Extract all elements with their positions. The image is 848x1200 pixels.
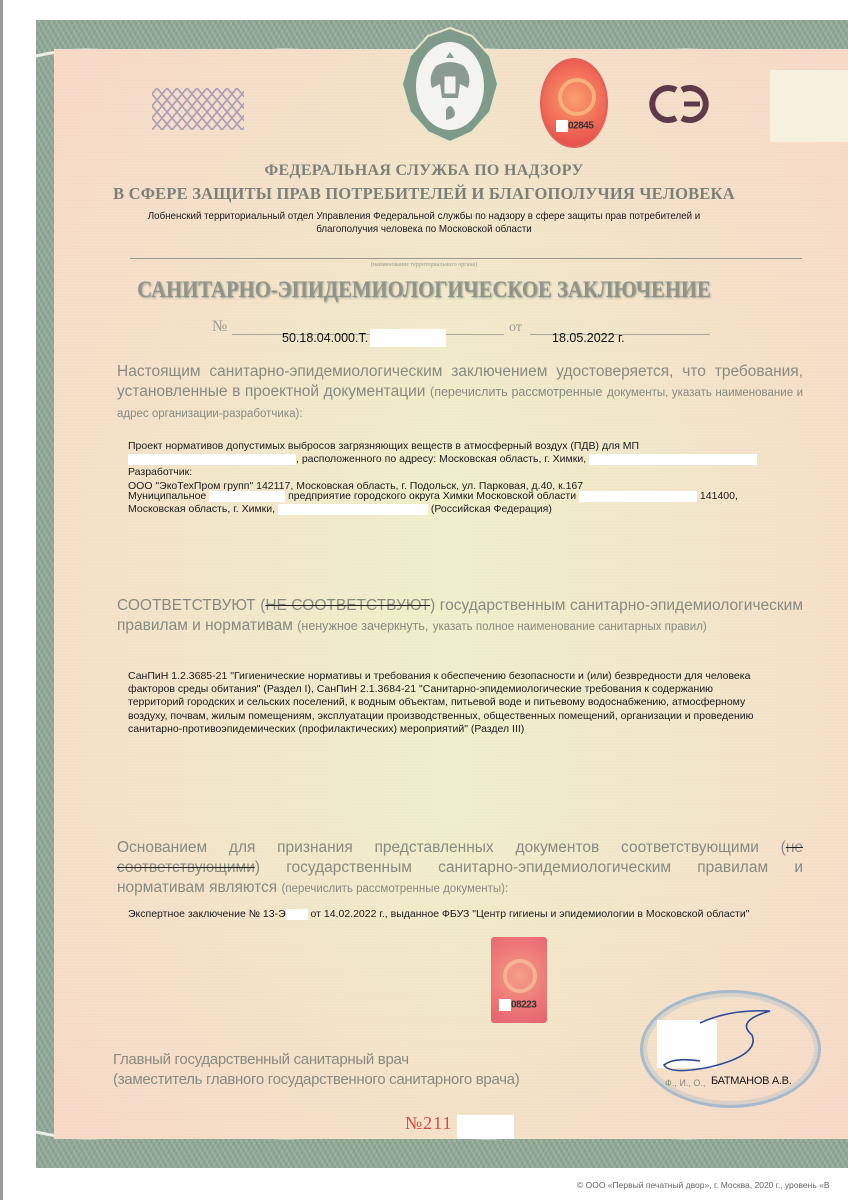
hologram-number: 08223 — [511, 1000, 536, 1011]
hologram-number: 02845 — [568, 121, 593, 132]
agency-title-line1: ФЕДЕРАЛЬНАЯ СЛУЖБА ПО НАДЗОРУ — [0, 162, 848, 180]
signer-title: Главный государственный санитарный врач … — [113, 1050, 519, 1090]
hologram-symbol — [503, 959, 537, 993]
printer-imprint: © ООО «Первый печатный двор», г. Москва,… — [577, 1180, 830, 1190]
se-logo — [642, 80, 716, 128]
redaction — [209, 491, 285, 502]
blank-patch — [770, 70, 848, 142]
territorial-body-caption: (наименование территориального органа) — [0, 262, 848, 268]
section-basis-lead: Основанием для признания представленных … — [117, 838, 803, 899]
hologram-sticker-bottom: 08223 — [491, 937, 547, 1023]
section-conformity-lead: СООТВЕТСТВУЮТ (НЕ СООТВЕТСТВУЮТ) государ… — [117, 596, 803, 637]
redaction — [286, 909, 308, 920]
project-description: Проект нормативов допустимых выбросов за… — [128, 440, 768, 493]
expert-conclusion: Экспертное заключение № 13-Э от 14.02.20… — [128, 908, 768, 921]
hologram-sticker-top: 02845 — [540, 58, 608, 148]
redaction — [457, 1115, 514, 1139]
redaction — [589, 454, 757, 465]
scan-edge — [0, 0, 3, 1200]
security-mesh-pattern — [152, 88, 244, 130]
number-label: № — [212, 318, 227, 336]
form-serial-number: №211 — [405, 1113, 453, 1134]
divider — [130, 258, 802, 259]
territorial-body-name: Лобненский территориальный отдел Управле… — [141, 210, 706, 236]
redaction — [370, 329, 446, 347]
section-requirements-lead: Настоящим санитарно-эпидемиологическим з… — [117, 362, 803, 424]
redaction — [579, 491, 697, 502]
signature — [640, 995, 800, 1085]
coat-of-arms-emblem — [400, 26, 500, 144]
redaction — [128, 454, 296, 465]
document-number: 50.18.04.000.Т. — [282, 331, 368, 345]
struck-not-conform: НЕ СООТВЕТСТВУЮТ — [265, 597, 430, 614]
date-label: от — [509, 320, 522, 336]
document-title: САНИТАРНО-ЭПИДЕМИОЛОГИЧЕСКОЕ ЗАКЛЮЧЕНИЕ — [42, 277, 805, 303]
redaction — [278, 504, 428, 515]
applicant-organization: Муниципальное предприятие городского окр… — [128, 490, 768, 516]
redaction — [499, 999, 511, 1011]
sanitary-rules-list: СанПиН 1.2.3685-21 "Гигиенические нормат… — [128, 670, 768, 736]
agency-title-line2: В СФЕРЕ ЗАЩИТЫ ПРАВ ПОТРЕБИТЕЛЕЙ И БЛАГО… — [0, 184, 848, 204]
signer-name: БАТМАНОВ А.В. — [711, 1075, 791, 1087]
redaction — [556, 120, 568, 132]
hologram-symbol — [558, 78, 596, 116]
document-date: 18.05.2022 г. — [552, 331, 625, 345]
fio-label: Ф., И., О., — [665, 1078, 705, 1088]
